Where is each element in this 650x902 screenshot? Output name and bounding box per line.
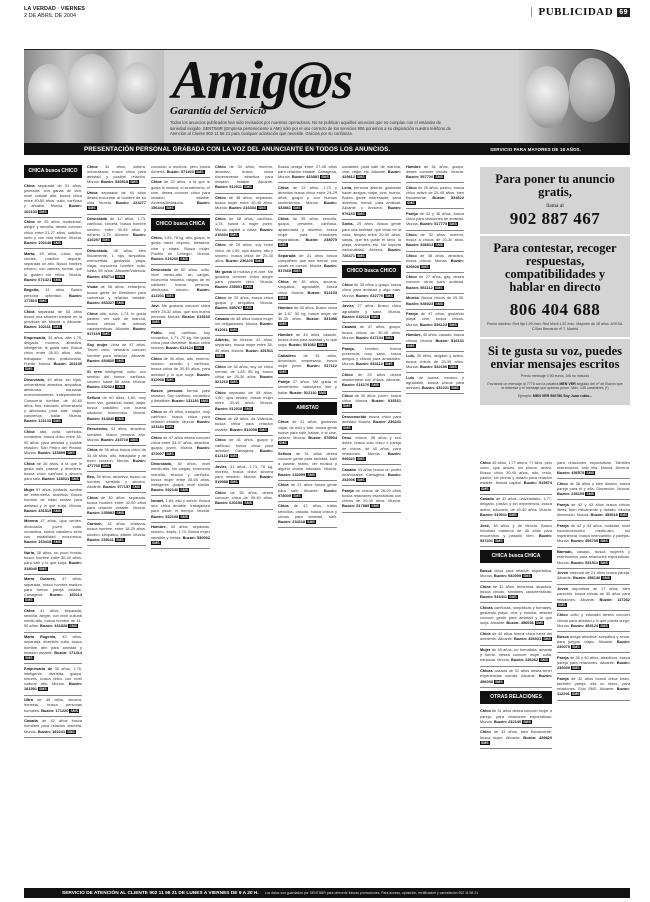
buzon-label: Buzón: [422, 385, 435, 390]
buzon-label: Buzón: [41, 708, 54, 713]
sms-badge: SMS [24, 656, 34, 660]
buzon-label: Buzón: [260, 474, 273, 479]
face-image [525, 66, 569, 128]
buzon-number: 585767 [229, 305, 242, 310]
buzon-label: Buzón: [38, 450, 51, 455]
sms-badge: SMS [179, 257, 189, 261]
buzon-number: 632770 [370, 293, 383, 298]
buzon-number: 537201 [480, 538, 493, 543]
sms-badge: SMS [38, 299, 48, 303]
classified-ad: Chico de 36 años, desea conocer chica de… [215, 488, 273, 509]
sms-badge: SMS [448, 222, 458, 226]
classified-ad: Chico culto y educado desea conocer chic… [557, 611, 630, 632]
buzon-label: Buzón: [480, 594, 493, 599]
classified-ad: Chicas cariñosas, simpáticas y formales,… [480, 603, 552, 629]
section-header-chico-busca-chica: CHICO busca CHICA [151, 218, 210, 231]
buzon-number: 531082 [303, 342, 316, 347]
buzon-number: 160114 [69, 592, 82, 597]
sms-badge: SMS [165, 425, 175, 429]
sms-badge: SMS [448, 323, 458, 327]
classified-ad: Chicas casada de 31 años desea tener exp… [480, 667, 552, 688]
buzon-label: Buzón: [24, 418, 37, 423]
buzon-label: Buzón: [306, 316, 319, 321]
classified-ad: Joven bisexual de 21 años busca pareja. … [557, 569, 630, 585]
buzon-label: Buzón: [451, 258, 464, 263]
buzon-number: 318040 [24, 566, 37, 571]
buzon-label: Buzón: [617, 660, 630, 665]
buzon-number: 235983 [101, 510, 114, 515]
buzon-number: 171220 [55, 708, 68, 713]
buzon-label: Buzón: [116, 200, 129, 205]
buzon-number: 236030 [557, 665, 570, 670]
couple-photo-right [519, 50, 629, 144]
buzon-label: Buzón: [87, 384, 100, 389]
buzon-label: Buzón: [289, 390, 302, 395]
buzon-label: Buzón: [557, 470, 570, 475]
classified-ad: Begoña, 41 años. Busco persona optimista… [24, 286, 82, 307]
buzon-number: 532156 [434, 364, 447, 369]
classified-ad: Desc. chicos, 38 años y con dotes, busca… [342, 434, 401, 466]
classified-ad: Chica 34 años, soltera, universitaria, b… [87, 162, 146, 188]
classified-ad: Hombre, 40 años, separado, sincero, limp… [151, 523, 210, 549]
buzon-number: 112291 [557, 691, 570, 696]
sms-badge: SMS [66, 451, 76, 455]
classified-ad: Casado 33 años busca un poder enamorarse… [342, 465, 401, 486]
buzon-label: Buzón: [511, 657, 524, 662]
buzon-number: 516411 [494, 594, 507, 599]
sms-badge: SMS [599, 561, 609, 565]
sms-badge: SMS [508, 513, 518, 517]
classified-ad: Caballero de 51 años, divorciado, empres… [278, 351, 337, 377]
buzon-number: 433881 [306, 174, 319, 179]
buzon-label: Buzón: [54, 650, 67, 655]
buzon-label: Buzón: [42, 476, 55, 481]
buzon-number: 161828 [54, 623, 67, 628]
buzon-number: 977157 [117, 484, 130, 489]
buzon-label: Buzón: [69, 203, 82, 208]
sms-badge: SMS [356, 478, 366, 482]
customer-service-footer: SERVICIO DE ATENCIÓN AL CLIENTE 902 11 5… [24, 888, 630, 898]
sms-badge: SMS [38, 567, 48, 571]
sms-badge: SMS [229, 480, 239, 484]
sms-badge: SMS [356, 254, 366, 258]
buzon-label: Buzón: [324, 488, 337, 493]
sms-badge: SMS [115, 301, 125, 305]
sms-badge: SMS [179, 488, 189, 492]
couple-photo-left [24, 50, 164, 144]
buzon-number: 612110 [215, 453, 228, 458]
sms-badge: SMS [38, 210, 48, 214]
free-ad-phone[interactable]: 902 887 467 [486, 209, 624, 228]
classified-ad: Casada de 42 años busca hombres para rel… [24, 717, 82, 738]
classified-ad: Hombre de 45 años. Busco chica de 1,67, … [278, 304, 337, 330]
section-name: PUBLICIDAD [539, 6, 614, 18]
classified-ad: Chico de 34 años, soy un chico normal, d… [215, 362, 273, 388]
sms-badge: SMS [601, 576, 611, 580]
buzon-number: 512011 [215, 327, 228, 332]
buzon-label: Buzón: [308, 435, 321, 440]
classified-ad: Chica de 23 años, a la que le gusta la m… [151, 178, 210, 215]
sms-badge: SMS [317, 343, 327, 347]
buzon-number: 236241 [388, 419, 401, 424]
buzon-number: 453714 [101, 274, 114, 279]
classified-ad: Luis de buena, moreno y agradable, busca… [406, 373, 464, 394]
face-image [28, 64, 70, 120]
buzon-number: 232140 [508, 719, 521, 724]
classified-ad: Chico 30 años, 1,77 altura, 77 kilos, pe… [480, 458, 552, 495]
sms-badge: SMS [619, 513, 629, 517]
sms-badge: SMS [243, 306, 253, 310]
classified-ad: Me gusta la música y el cine. Me gustarí… [215, 267, 273, 293]
classified-ad: Desconocido busca chico para amistad. Mu… [342, 413, 401, 434]
sms-badge: SMS [370, 383, 380, 387]
buzon-label: Buzón: [406, 301, 419, 306]
classified-ad: Chico de 38 años, cariñoso, 1,74, busca … [215, 215, 273, 241]
buzon-label: Buzón: [388, 205, 401, 210]
classified-ad: Joven deportista de 17 años, bien pareci… [557, 585, 630, 611]
buzon-number: 216334 [243, 205, 256, 210]
classified-ad: Chica de 36 años busca chico de 33-45 añ… [87, 446, 146, 472]
classified-ad: Chico de 25 años, busca chica guapa y si… [215, 294, 273, 315]
classified-ad: Murcia. Busca chicos de 25-35. Buzón: 54… [406, 294, 464, 310]
sms-badge: SMS [101, 238, 111, 242]
buzon-number: 521210 [215, 379, 228, 384]
section-header-chica-busca-chico: CHICA busca CHICO [24, 165, 82, 178]
buzon-number: 133899 [52, 450, 65, 455]
buzon-number: 102103 [24, 209, 37, 214]
classified-column-4: Chico de 34 años, moreno, atractivo, bus… [215, 162, 273, 884]
reply-phone[interactable]: 806 404 688 [486, 300, 624, 319]
buzon-label: Buzón: [342, 382, 355, 387]
sms-badge: SMS [356, 212, 366, 216]
buzon-number: 534622 [451, 195, 464, 200]
classified-ad: Bea, 39 años, atractiva, busco un hombre… [87, 472, 146, 493]
buzon-number: 532140 [165, 487, 178, 492]
classified-column-right-1: Chico 30 años, 1,77 altura, 77 kilos, pe… [480, 458, 552, 884]
weekday: VIERNES [61, 6, 85, 12]
buzon-number: 546021 [342, 456, 355, 461]
sms-badge: SMS [599, 539, 609, 543]
classified-ad: Chico de 41 años, guapo y cariñoso, busc… [215, 436, 273, 462]
classified-ad: Pablo, soy cariñoso, soy romántico, 1,71… [151, 328, 210, 354]
page-number: 69 [617, 8, 630, 17]
buzon-number: 531512 [585, 560, 598, 565]
buzon-label: Buzón: [260, 448, 273, 453]
section-header-chico-busca-chico: CHICO busca CHICO [342, 265, 401, 278]
classified-ad: Chica de 31 años, gustando viajar, de oc… [278, 418, 337, 450]
ad-text: de 38 años y bien dotado, busca pareja p… [557, 481, 630, 491]
sms-badge: SMS [406, 344, 416, 348]
sms-badge: SMS [52, 509, 62, 513]
buzon-label: Buzón: [388, 451, 401, 456]
classified-ad: Chico de 34 años, moreno, atractivo, bus… [215, 162, 273, 194]
sms-badge: SMS [129, 180, 139, 184]
classified-ad: Chico de 35 años y guapo busca chico par… [342, 281, 401, 302]
sms-badge: SMS [243, 185, 253, 189]
classified-ad: Busca amiga atractiva, simpática y sexta… [557, 632, 630, 653]
sms-badge: SMS [342, 426, 352, 430]
classified-ad: Señora de 60 años, 1,60, muy buen ver, g… [87, 393, 146, 425]
buzon-number: 238075 [324, 237, 337, 242]
classified-ad: Chica de 39 años, sencilla, guapa, prese… [278, 215, 337, 252]
classified-ad: Nuria, 30 años, un poco tímida, busco ho… [24, 548, 82, 574]
classified-ad: Chica de 42 años, tratos sencillos, casa… [278, 502, 337, 528]
sms-badge: SMS [24, 598, 34, 602]
buzon-number: 615161 [388, 398, 401, 403]
buzon-number: 453327 [101, 300, 114, 305]
ad-text: de 32 años, femenina, atractiva, busca c… [480, 584, 552, 594]
buzon-label: Buzón: [40, 623, 53, 628]
buzon-number: 978904 [324, 435, 337, 440]
sms-badge: SMS [101, 332, 111, 336]
buzon-number: 917169 [87, 331, 100, 336]
classified-ad: Chico de 29 años desea relacionarse con … [342, 370, 401, 391]
classified-column-6: sociables, para salir de marcha, cine, v… [342, 162, 401, 884]
sms-badge: SMS [292, 206, 302, 210]
buzon-label: Buzón: [50, 592, 63, 597]
classified-ad: Chico de 36 años, alto, moreno, sincero,… [151, 354, 210, 386]
classified-ad: María Eugenia, 43 años, separada, divert… [24, 633, 82, 665]
buzon-label: Buzón: [324, 200, 337, 205]
sms-badge: SMS [179, 515, 189, 519]
classified-ad: Divorciado, 40 años, nivel medio-alto, s… [151, 460, 210, 497]
sms-badge: SMS [115, 275, 125, 279]
sms-badge: SMS [69, 709, 79, 713]
buzon-label: Buzón: [197, 445, 210, 450]
buzon-number: 726471 [342, 253, 355, 258]
buzon-number: 232095 [292, 472, 305, 477]
buzon-number: 530518 [115, 179, 128, 184]
amigas-banner: Amig@s Garantía del Servicio Todos los a… [24, 49, 630, 155]
classified-ad: Hombre de 51 años, guapo, desea conocer … [406, 162, 464, 183]
buzon-number: 530002 [197, 535, 210, 540]
sms-badge: SMS [243, 285, 253, 289]
buzon-label: Buzón: [539, 533, 552, 538]
buzon-label: Buzón: [260, 374, 273, 379]
buzon-label: Buzón: [215, 500, 228, 505]
classified-ad: Chica de 32 años, femenina, atractiva, b… [480, 582, 552, 603]
buzon-label: Buzón: [573, 575, 586, 580]
classified-ad: Pareja de 47 años, gustando playa, cine,… [406, 310, 464, 331]
buzon-label: Buzón: [305, 237, 318, 242]
sms-badge: SMS [370, 504, 380, 508]
sms-badge: SMS [165, 294, 175, 298]
promo-heading: Si te gusta su voz, puedes enviar mensaj… [486, 345, 624, 371]
buzon-number: 640158 [229, 500, 242, 505]
sms-badge: SMS [370, 315, 380, 319]
classified-ad: Soy mujer Libra de 47 años. Tercer cielo… [87, 341, 146, 367]
sms-badge: SMS [542, 637, 552, 641]
classified-ad: Si eres inteligente, culto, con sentido … [87, 367, 146, 393]
buzon-number: 131136 [186, 398, 199, 403]
buzon-label: Buzón: [436, 338, 449, 343]
buzon-label: Buzón: [151, 514, 164, 519]
sms-badge: SMS [52, 278, 62, 282]
buzon-label: Buzón: [420, 322, 433, 327]
promo-free-ad: Para poner tu anuncio gratis, llama al 9… [480, 167, 630, 236]
sms-badge: SMS [318, 391, 328, 395]
face-image [118, 62, 158, 114]
buzon-label: Buzón: [571, 538, 584, 543]
buzon-label: Buzón: [182, 314, 195, 319]
sms-badge: SMS [87, 206, 97, 210]
buzon-number: 512008 [151, 377, 164, 382]
buzon-number: 546023 [420, 301, 433, 306]
promo-panel: Para poner tu anuncio gratis, llama al 9… [480, 167, 630, 405]
buzon-label: Buzón: [292, 174, 305, 179]
classified-column-3: conocido a muchos, pero busca Almería. B… [151, 162, 210, 884]
buzon-label: Buzón: [69, 681, 82, 686]
buzon-number: 456136 [587, 575, 600, 580]
sms-badge: SMS [257, 206, 267, 210]
presentation-message: PRESENTACIÓN PERSONAL GRABADA CON LA VOZ… [84, 146, 390, 153]
buzon-number: 314040 [101, 416, 114, 421]
buzon-number: 236262 [525, 657, 538, 662]
sms-badge: SMS [384, 294, 394, 298]
classified-ad: Chica separada de 51 años, jovencita, co… [24, 181, 82, 218]
sms-badge: SMS [24, 367, 34, 371]
buzon-label: Buzón: [356, 335, 369, 340]
buzon-label: Buzón: [87, 510, 100, 515]
sms-badge: SMS [434, 175, 444, 179]
sms-badge: SMS [243, 407, 253, 411]
buzon-number: 102130 [69, 361, 82, 366]
sms-badge: SMS [229, 328, 239, 332]
buzon-number: 454820 [101, 358, 114, 363]
sms-badge: SMS [356, 175, 366, 179]
classified-ad: Marta, 45 años, rubia, ojos verdes, prac… [24, 249, 82, 286]
sms-badge: SMS [151, 541, 161, 545]
sms-badge: SMS [480, 741, 490, 745]
buzon-number: 536123 [434, 322, 447, 327]
classified-ad: Chico de 26 años, pasivo, busca chico ac… [406, 183, 464, 209]
section-header-otras-relaciones: OTRAS RELACIONES [480, 691, 552, 704]
buzon-number: 439820 [539, 735, 552, 740]
sms-badge: SMS [494, 539, 504, 543]
sms-badge: SMS [522, 720, 532, 724]
classified-ad: Pareja de 35 y 40 años, atractivos, busc… [557, 653, 630, 674]
buzon-number: 516131 [451, 338, 464, 343]
publication-name: LA VERDAD [24, 6, 56, 12]
sms-badge: SMS [129, 438, 139, 442]
classified-ad: Pareja de chicos de 26-29 años busca rel… [342, 486, 401, 512]
buzon-label: Buzón: [101, 179, 114, 184]
buzon-label: Buzón: [388, 472, 401, 477]
classified-ad: Casado de 48 años busca mujer sin obliga… [215, 315, 273, 336]
classified-column-7: Hombre de 51 años, guapo, desea conocer … [406, 162, 464, 884]
buzon-label: Buzón: [617, 639, 630, 644]
buzon-number: 102111 [38, 324, 51, 329]
sms-badge: SMS [557, 603, 567, 607]
classified-ad: Chica alta, rubia, 1,73, le gusta pasear… [87, 309, 146, 341]
buzon-number: 978005 [278, 493, 291, 498]
sms-badge: SMS [258, 428, 268, 432]
sms-badge: SMS [384, 336, 394, 340]
buzon-label: Buzón: [197, 372, 210, 377]
promo-heading: Para contestar, recoger respuestas, comp… [486, 242, 624, 294]
buzon-number: 236220 [240, 258, 253, 263]
face-image [68, 54, 116, 118]
sms-badge: SMS [535, 621, 545, 625]
sms-badge: SMS [68, 624, 78, 628]
buzon-label: Buzón: [420, 221, 433, 226]
buzon-label: Buzón: [38, 729, 51, 734]
buzon-label: Buzón: [246, 348, 259, 353]
buzon-label: Buzón: [307, 363, 320, 368]
buzon-number: 451515 [38, 508, 51, 513]
classified-ad: para relaciones esporádicas. También mat… [557, 458, 630, 479]
buzon-number: 453918 [605, 512, 618, 517]
buzon-number: 235001 [229, 284, 242, 289]
sms-badge: SMS [480, 487, 490, 491]
buzon-number: 512011 [229, 184, 242, 189]
buzon-label: Buzón: [197, 419, 210, 424]
buzon-number: 181591 [24, 686, 37, 691]
divider [531, 7, 532, 17]
buzon-label: Buzón: [24, 277, 37, 282]
buzon-number: 519574 [539, 480, 552, 485]
banner-description: Todos los anuncios publicados han sido r… [170, 120, 455, 137]
buzon-number: 517665 [278, 268, 291, 273]
sms-badge: SMS [278, 370, 288, 374]
sms-badge: SMS [165, 378, 175, 382]
buzon-label: Buzón: [226, 258, 239, 263]
buzon-label: Buzón: [87, 274, 100, 279]
buzon-label: Buzón: [600, 597, 613, 602]
buzon-label: Buzón: [406, 285, 419, 290]
sms-badge: SMS [115, 417, 125, 421]
classified-ad: Chico de 30 años, joven, busca chico. Mu… [342, 392, 401, 413]
sms-badge: SMS [571, 692, 581, 696]
issue-date: 2 DE ABRIL DE 2004 [24, 13, 85, 20]
sms-badge: SMS [448, 365, 458, 369]
buzon-label: Buzón: [524, 480, 537, 485]
classified-ad: Chico de 49 años, tranquilo, muy cariños… [151, 407, 210, 433]
buzon-number: 617134 [370, 335, 383, 340]
buzon-number: 456575 [571, 470, 584, 475]
buzon-number: 517888 [356, 503, 369, 508]
sms-badge: SMS [508, 595, 518, 599]
buzon-label: Buzón: [308, 290, 321, 295]
buzon-label: Buzón: [87, 300, 100, 305]
buzon-number: 456038 [480, 679, 493, 684]
sms-badge: SMS [494, 680, 504, 684]
buzon-label: Buzón: [87, 358, 100, 363]
classified-column-2: Chica 34 años, soltera, universitaria, b… [87, 162, 146, 884]
ad-text: para relaciones esporádicas. También mat… [557, 460, 630, 470]
classified-ad: Chica de 40 años busca chica fuera del a… [480, 630, 552, 646]
buzon-number: 416297 [87, 237, 100, 242]
sms-example: Ejemplo: MEN VER 560786 Soy Juan rubio..… [486, 394, 624, 399]
sms-badge: SMS [356, 457, 366, 461]
buzon-label: Buzón: [197, 287, 210, 292]
section-header-amistad: AMISTAD [278, 402, 337, 415]
buzon-label: Buzón: [432, 195, 445, 200]
buzon-number: 121133 [38, 418, 51, 423]
classified-ad: Chico de 29 años, soy buen chico, de 1,8… [215, 241, 273, 267]
buzon-number: 671421 [38, 277, 51, 282]
masthead-left: LA VERDAD · VIERNES 2 DE ABRIL DE 2004 [24, 6, 85, 20]
section-header-chica-busca-chica: CHICA busca CHICA [480, 550, 552, 563]
classified-ad: Luis, 30 años, delgado y activo, busca c… [406, 352, 464, 373]
buzon-label: Buzón: [215, 406, 228, 411]
sms-badge: SMS [115, 538, 125, 542]
ad-text: 49 años, sin hijos, universitaria, atrac… [24, 377, 82, 418]
buzon-number: 429812 [342, 174, 355, 179]
classified-ad: Casado de 42 años, universitario, 1,77, … [480, 495, 552, 521]
buzon-label: Buzón: [229, 205, 242, 210]
buzon-label: Buzón: [514, 636, 527, 641]
